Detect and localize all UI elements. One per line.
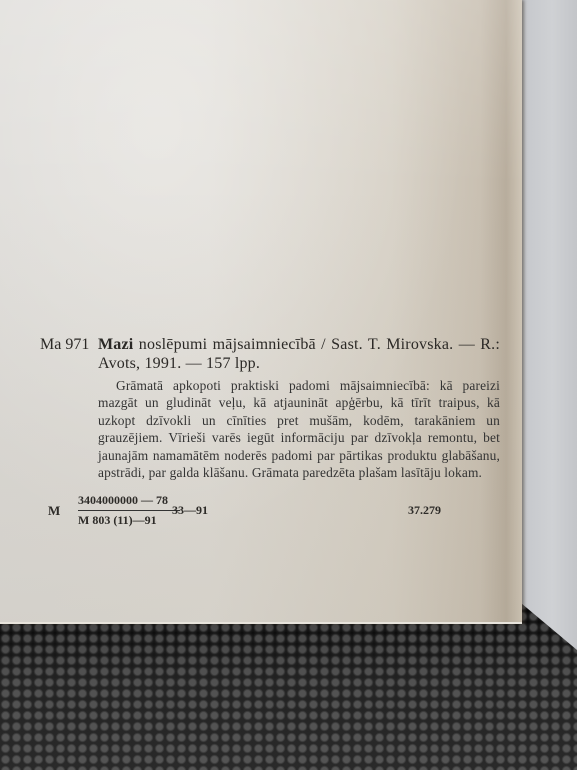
photo-scene: Ma 971 Mazi noslēpumi mājsaimniecībā / S… bbox=[0, 0, 577, 770]
citation-row: Ma 971 Mazi noslēpumi mājsaimniecībā / S… bbox=[40, 335, 500, 373]
fraction-suffix: 33—91 bbox=[172, 503, 208, 518]
woven-mat-background bbox=[0, 600, 577, 770]
bibliographic-entry: Ma 971 Mazi noslēpumi mājsaimniecībā / S… bbox=[40, 335, 500, 481]
fraction-denominator: M 803 (11)—91 bbox=[78, 511, 180, 528]
code-fraction: 3404000000 — 78 M 803 (11)—91 bbox=[78, 493, 180, 528]
book-cover-edge bbox=[515, 0, 577, 650]
citation: Mazi noslēpumi mājsaimniecībā / Sast. T.… bbox=[98, 335, 500, 373]
abstract-paragraph: Grāmatā apkopoti praktiski padomi mājsai… bbox=[98, 377, 500, 481]
catalog-code: Ma 971 bbox=[40, 335, 98, 373]
m-letter: M bbox=[48, 503, 60, 519]
title-first-word: Mazi bbox=[98, 336, 133, 353]
book-page bbox=[0, 0, 522, 624]
citation-text: noslēpumi mājsaimniecībā / Sast. T. Miro… bbox=[98, 336, 500, 372]
classification-code: 37.279 bbox=[408, 503, 441, 518]
fraction-numerator: 3404000000 — 78 bbox=[78, 493, 180, 511]
